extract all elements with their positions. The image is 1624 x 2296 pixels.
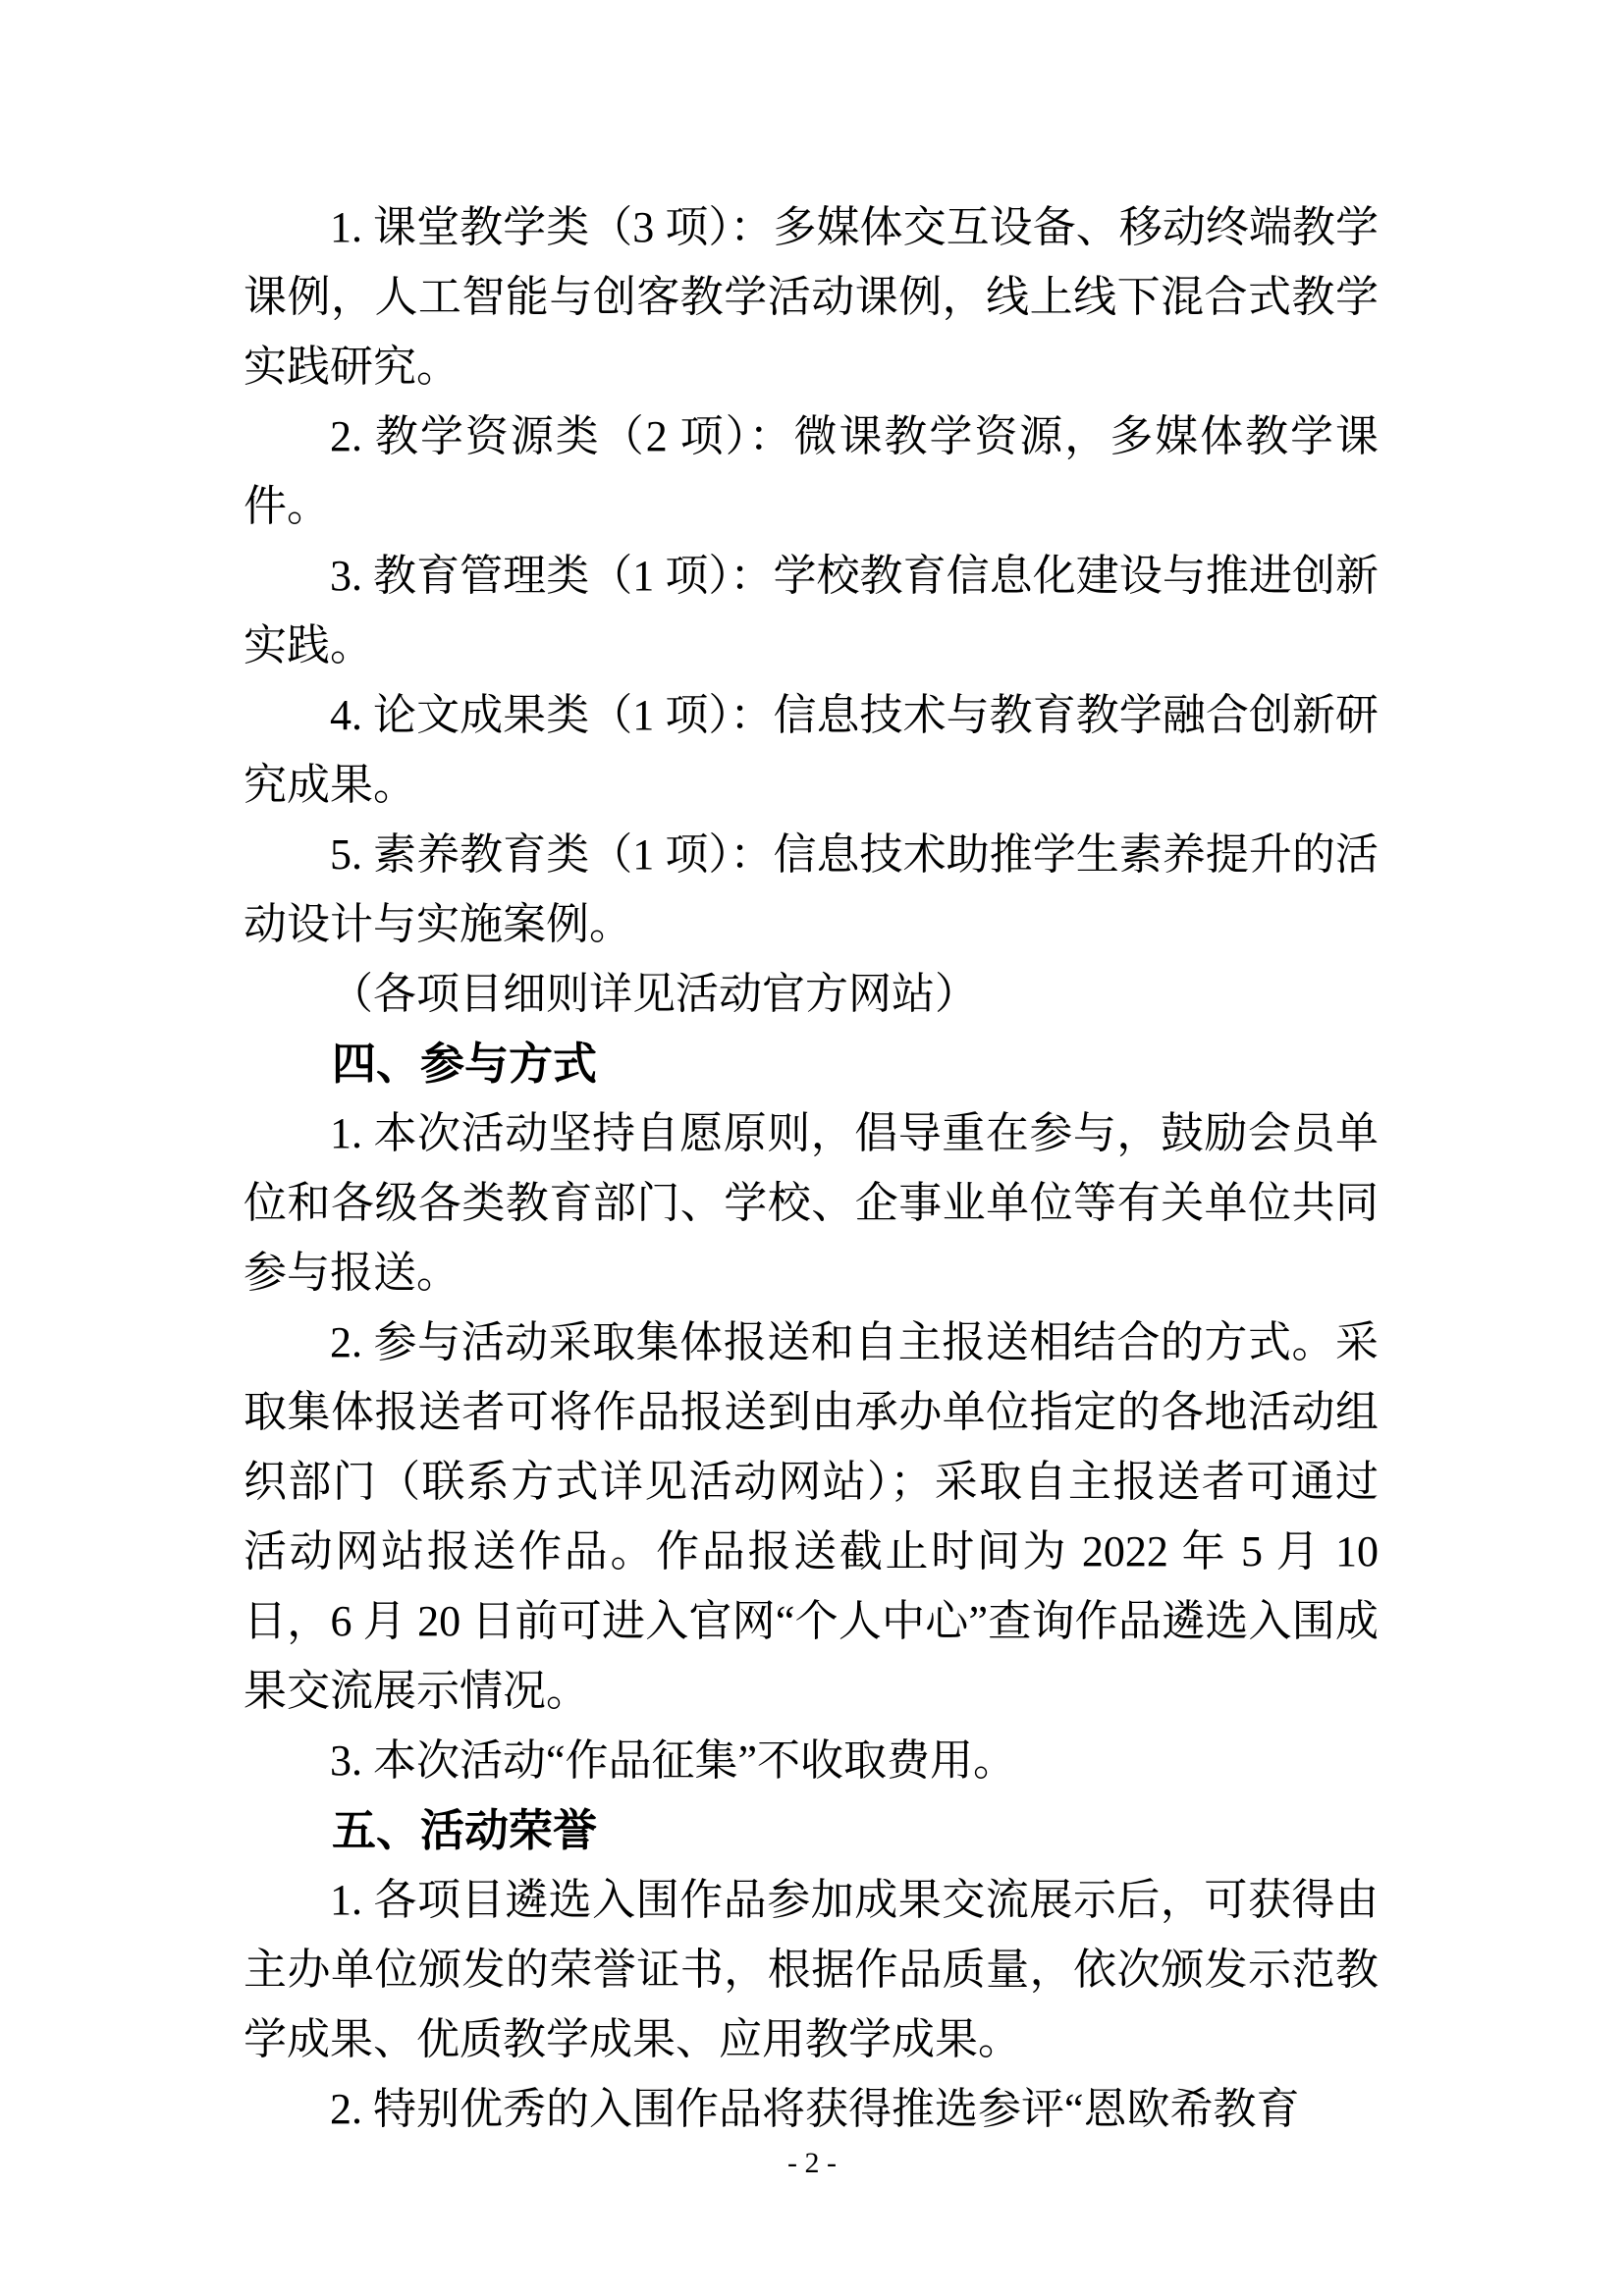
- para-category-3-education-management: 3. 教育管理类（1 项）：学校教育信息化建设与推进创新实践。: [244, 541, 1379, 680]
- para-honors-1: 1. 各项目遴选入围作品参加成果交流展示后，可获得由主办单位颁发的荣誉证书，根据…: [244, 1865, 1379, 2074]
- para-participation-2: 2. 参与活动采取集体报送和自主报送相结合的方式。采取集体报送者可将作品报送到由…: [244, 1308, 1379, 1726]
- document-page: 1. 课堂教学类（3 项）：多媒体交互设备、移动终端教学课例，人工智能与创客教学…: [0, 0, 1624, 2296]
- para-category-5-literacy-education: 5. 素养教育类（1 项）：信息技术助推学生素养提升的活动设计与实施案例。: [244, 820, 1379, 959]
- para-participation-3: 3. 本次活动“作品征集”不收取费用。: [244, 1726, 1379, 1795]
- para-participation-1: 1. 本次活动坚持自愿原则，倡导重在参与，鼓励会员单位和各级各类教育部门、学校、…: [244, 1098, 1379, 1308]
- page-number: - 2 -: [0, 2146, 1624, 2181]
- heading-section-5-activity-honors: 五、活动荣誉: [244, 1795, 1379, 1865]
- para-category-1-classroom-teaching: 1. 课堂教学类（3 项）：多媒体交互设备、移动终端教学课例，人工智能与创客教学…: [244, 192, 1379, 401]
- para-category-2-teaching-resources: 2. 教学资源类（2 项）：微课教学资源，多媒体教学课件。: [244, 401, 1379, 541]
- para-note-official-website: （各项目细则详见活动官方网站）: [244, 959, 1379, 1029]
- heading-section-4-participation-method: 四、参与方式: [244, 1029, 1379, 1098]
- para-honors-2: 2. 特别优秀的入围作品将获得推选参评“恩欧希教育: [244, 2074, 1379, 2144]
- para-category-4-thesis-results: 4. 论文成果类（1 项）：信息技术与教育教学融合创新研究成果。: [244, 680, 1379, 820]
- document-body: 1. 课堂教学类（3 项）：多媒体交互设备、移动终端教学课例，人工智能与创客教学…: [244, 192, 1379, 2144]
